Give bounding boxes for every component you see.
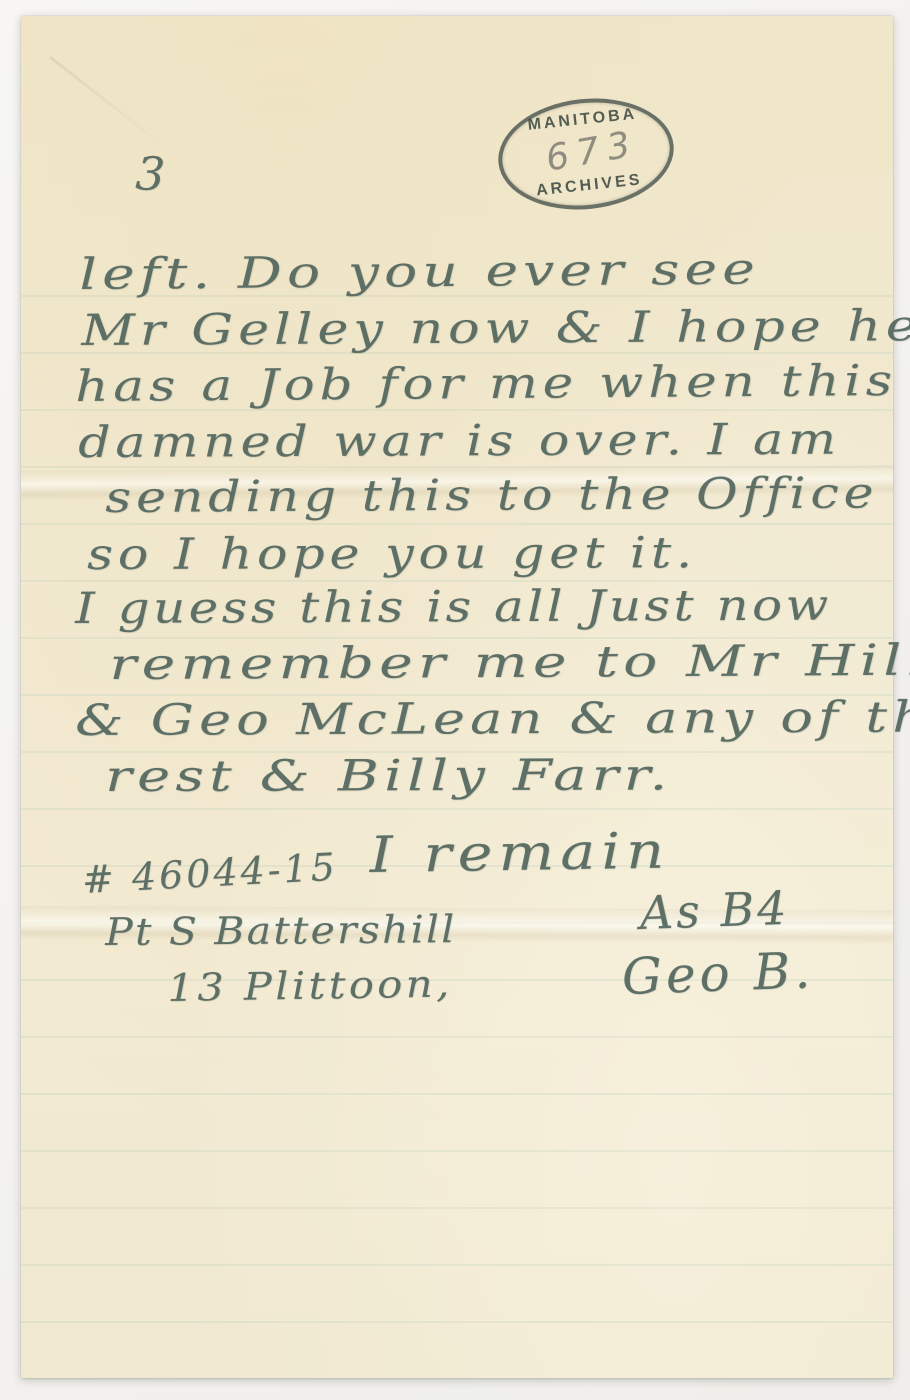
handwritten-line: sending this to the Office	[105, 470, 878, 522]
closing-i-remain: I remain	[369, 824, 670, 883]
signature-flourish: As B4	[639, 883, 790, 939]
handwritten-line: damned war is over. I am	[78, 417, 841, 468]
page-number: 3	[134, 148, 166, 200]
handwritten-line: Mr Gelley now & I hope he	[81, 303, 910, 355]
handwritten-line: left. Do you ever see	[79, 246, 760, 299]
scanned-letter: MANITOBA 673 ARCHIVES 3 left. Do you eve…	[0, 0, 910, 1400]
sender-name-line: Pt S Battershill	[105, 909, 457, 954]
signature-geo-b: Geo B.	[621, 943, 815, 1005]
handwritten-line: so I hope you get it.	[87, 530, 697, 579]
service-number: # 46044-15	[81, 847, 339, 902]
sender-unit-line: 13 Plittoon,	[167, 963, 453, 1009]
handwritten-line: rest & Billy Farr.	[105, 752, 673, 801]
handwritten-line: I guess this is all Just now	[75, 583, 832, 634]
manitoba-archives-stamp: MANITOBA 673 ARCHIVES	[493, 90, 680, 218]
handwritten-line: & Geo McLean & any of the	[75, 694, 910, 745]
letter-paper: MANITOBA 673 ARCHIVES 3 left. Do you eve…	[21, 16, 893, 1378]
stamp-accession-number: 673	[544, 130, 640, 174]
paper-crease-corner	[49, 56, 169, 151]
handwritten-line: has a Job for me when this	[75, 358, 897, 411]
ruled-lines	[21, 240, 893, 1385]
handwritten-line: remember me to Mr Hill	[109, 638, 910, 690]
